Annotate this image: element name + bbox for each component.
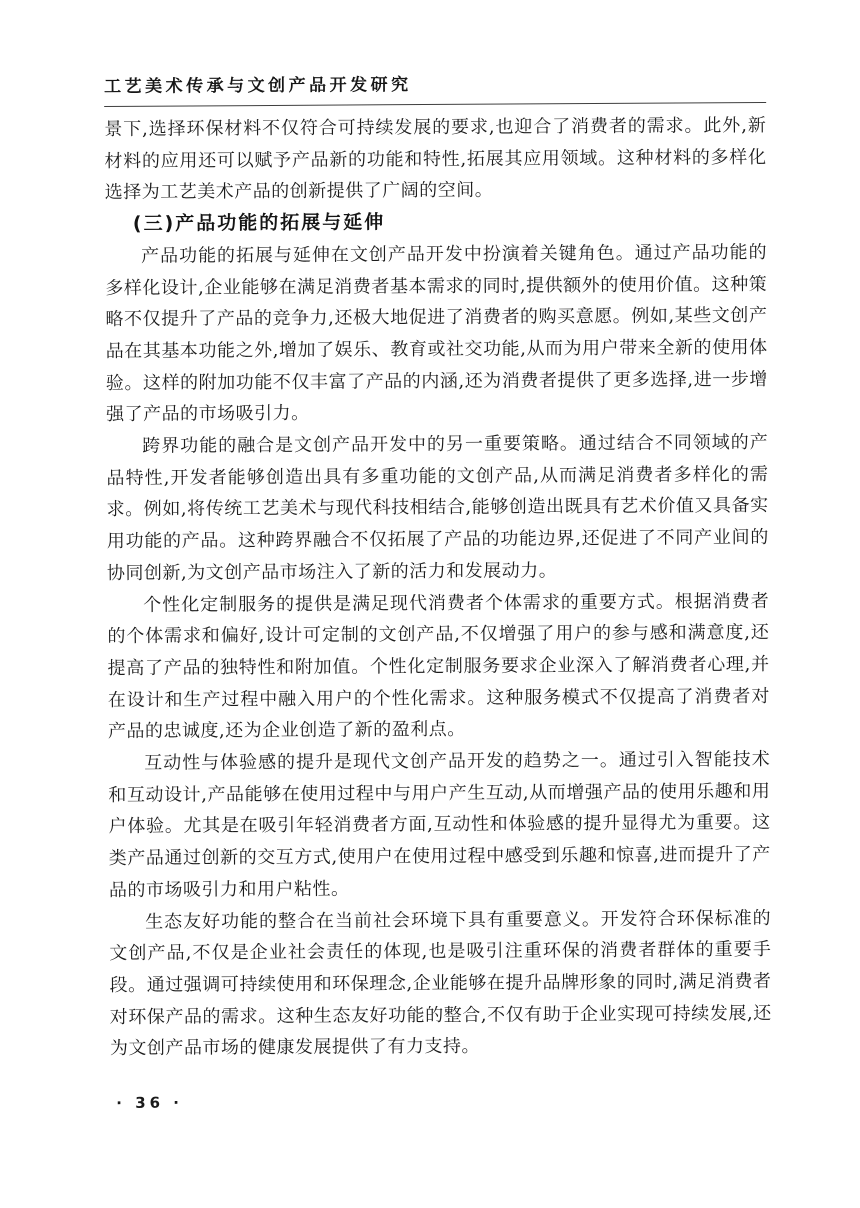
body-text: 景下,选择环保材料不仅符合可持续发展的要求,也迎合了消费者的需求。此外,新材料的… bbox=[104, 110, 772, 1065]
paragraph-interactivity-experience: 互动性与体验感的提升是现代文创产品开发的趋势之一。通过引入智能技术和互动设计,产… bbox=[108, 744, 771, 907]
paragraph-crossover-fusion: 跨界功能的融合是文创产品开发中的另一重要策略。通过结合不同领域的产品特性,开发者… bbox=[106, 427, 769, 590]
paragraph-product-function: 产品功能的拓展与延伸在文创产品开发中扮演着关键角色。通过产品功能的多样化设计,企… bbox=[105, 237, 768, 431]
running-head: 工艺美术传承与文创产品开发研究 bbox=[104, 74, 766, 107]
paragraph-eco-friendly: 生态友好功能的整合在当前社会环境下具有重要意义。开发符合环保标准的文创产品,不仅… bbox=[109, 903, 772, 1066]
document-page: 工艺美术传承与文创产品开发研究 景下,选择环保材料不仅符合可持续发展的要求,也迎… bbox=[0, 0, 860, 1208]
continuation-paragraph: 景下,选择环保材料不仅符合可持续发展的要求,也迎合了消费者的需求。此外,新材料的… bbox=[104, 110, 767, 209]
section-heading: (三)产品功能的拓展与延伸 bbox=[105, 205, 767, 241]
paragraph-personalized-customization: 个性化定制服务的提供是满足现代消费者个体需求的重要方式。根据消费者的个体需求和偏… bbox=[107, 585, 770, 748]
page-number: · 36 · bbox=[116, 1094, 183, 1112]
printed-area: 工艺美术传承与文创产品开发研究 景下,选择环保材料不仅符合可持续发展的要求,也迎… bbox=[104, 74, 773, 1148]
